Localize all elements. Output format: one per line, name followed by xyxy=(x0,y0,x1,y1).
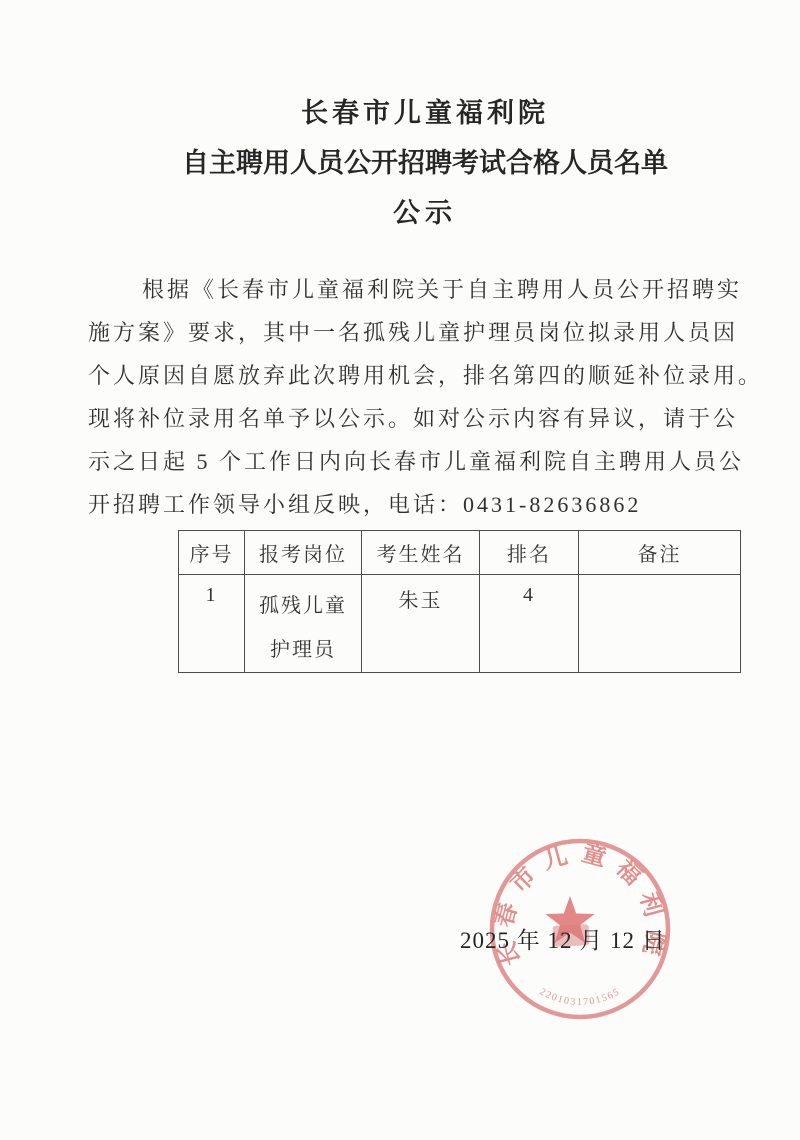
cell-position: 孤残儿童护理员 xyxy=(245,575,362,673)
body-line: 个人原因自愿放弃此次聘用机会，排名第四的顺延补位录用。 xyxy=(88,354,748,397)
table-header-row: 序号 报考岗位 考生姓名 排名 备注 xyxy=(179,531,741,575)
header-note: 备注 xyxy=(579,531,741,575)
body-paragraph: 根据《长春市儿童福利院关于自主聘用人员公开招聘实 施方案》要求，其中一名孤残儿童… xyxy=(88,268,748,526)
body-line: 根据《长春市儿童福利院关于自主聘用人员公开招聘实 xyxy=(88,268,748,311)
seal-serial-number: 2201031701565 xyxy=(538,986,623,1008)
document-date: 2025 年 12 月 12 日 xyxy=(460,922,666,955)
seal-serial-group: 2201031701565 xyxy=(538,986,623,1008)
title-line-3: 公示 xyxy=(25,188,800,238)
table-row: 1 孤残儿童护理员 朱玉 4 xyxy=(179,575,741,673)
header-candidate-name: 考生姓名 xyxy=(362,531,480,575)
header-rank: 排名 xyxy=(480,531,579,575)
title-line-1: 长春市儿童福利院 xyxy=(25,88,800,138)
header-serial-no: 序号 xyxy=(179,531,245,575)
header-position: 报考岗位 xyxy=(245,531,362,575)
cell-note xyxy=(579,575,741,673)
cell-candidate-name: 朱玉 xyxy=(362,575,480,673)
body-line: 示之日起 5 个工作日内向长春市儿童福利院自主聘用人员公 xyxy=(88,440,748,483)
body-line: 开招聘工作领导小组反映，电话：0431-82636862 xyxy=(88,483,748,526)
cell-rank: 4 xyxy=(480,575,579,673)
result-table: 序号 报考岗位 考生姓名 排名 备注 1 孤残儿童护理员 朱玉 4 xyxy=(178,530,741,673)
title-line-2: 自主聘用人员公开招聘考试合格人员名单 xyxy=(25,138,800,188)
position-text: 孤残儿童护理员 xyxy=(255,584,351,672)
cell-serial-no: 1 xyxy=(179,575,245,673)
body-line: 施方案》要求，其中一名孤残儿童护理员岗位拟录用人员因 xyxy=(88,311,748,354)
body-line: 现将补位录用名单予以公示。如对公示内容有异议，请于公 xyxy=(88,397,748,440)
document-page: 长春市儿童福利院 自主聘用人员公开招聘考试合格人员名单 公示 根据《长春市儿童福… xyxy=(0,0,800,1140)
document-title: 长春市儿童福利院 自主聘用人员公开招聘考试合格人员名单 公示 xyxy=(25,88,800,238)
